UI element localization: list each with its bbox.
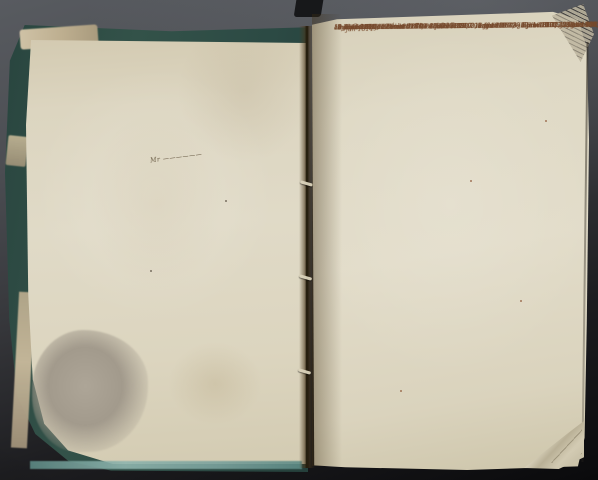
worn-edge-flap bbox=[5, 135, 28, 167]
scanned-document-photo: Mr —————— Commencé le 1 7bre 1807 aout p… bbox=[0, 0, 598, 480]
paper-stain bbox=[62, 72, 252, 332]
ink-speck bbox=[150, 270, 152, 272]
right-page bbox=[312, 11, 589, 470]
foxing-spot bbox=[400, 390, 402, 392]
page-gutter-shadow bbox=[312, 14, 342, 466]
manuscript-line: 7 jan 1814 bbox=[340, 25, 373, 35]
ink-speck bbox=[225, 200, 227, 202]
foxing-spot bbox=[470, 180, 472, 182]
cover-bottom-edge bbox=[30, 461, 302, 469]
paper-stain bbox=[150, 326, 280, 441]
foxing-spot bbox=[520, 300, 522, 302]
foxing-spot bbox=[545, 120, 547, 122]
